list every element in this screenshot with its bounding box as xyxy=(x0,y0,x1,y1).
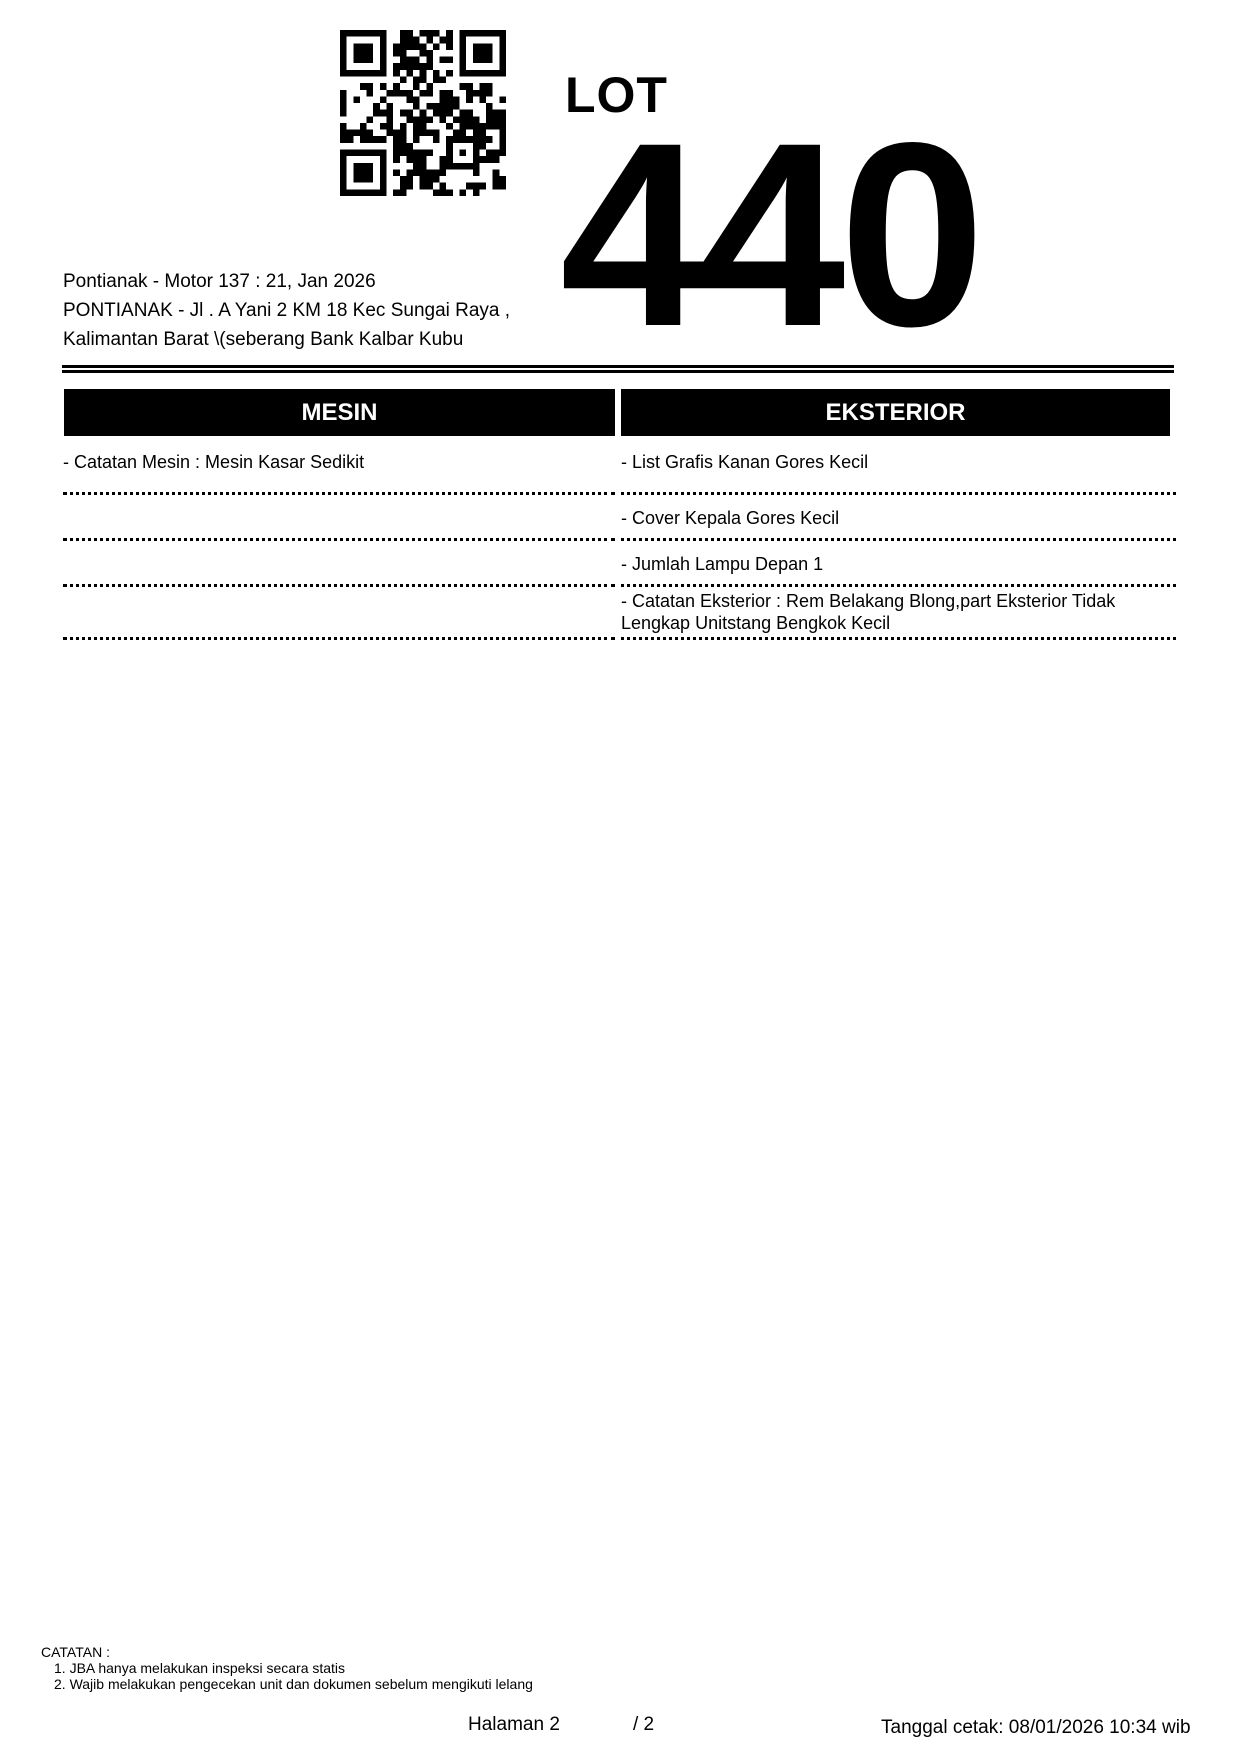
note-item: 1. JBA hanya melakukan inspeksi secara s… xyxy=(54,1660,533,1676)
lot-number: 440 xyxy=(560,104,979,366)
note-item: 2. Wajib melakukan pengecekan unit dan d… xyxy=(54,1676,533,1692)
page-total: / 2 xyxy=(633,1714,654,1736)
list-item: - Jumlah Lampu Depan 1 xyxy=(621,541,1176,587)
list-item xyxy=(63,587,615,640)
page-number: Halaman 2 xyxy=(468,1714,560,1736)
auction-address-line2: Kalimantan Barat \(seberang Bank Kalbar … xyxy=(63,325,510,354)
qr-code-icon xyxy=(340,30,506,196)
section-mesin: MESIN - Catatan Mesin : Mesin Kasar Sedi… xyxy=(63,389,615,640)
list-item: - Cover Kepala Gores Kecil xyxy=(621,495,1176,541)
auction-title: Pontianak - Motor 137 : 21, Jan 2026 xyxy=(63,267,510,296)
header-divider-bottom xyxy=(62,370,1174,373)
notes-title: CATATAN : xyxy=(41,1644,533,1660)
section-eksterior: EKSTERIOR - List Grafis Kanan Gores Keci… xyxy=(621,389,1176,640)
auction-address-line1: PONTIANAK - Jl . A Yani 2 KM 18 Kec Sung… xyxy=(63,296,510,325)
print-date: Tanggal cetak: 08/01/2026 10:34 wib xyxy=(881,1717,1191,1739)
list-item xyxy=(63,495,615,541)
list-item xyxy=(63,541,615,587)
header-divider-top xyxy=(62,365,1174,368)
list-item: - List Grafis Kanan Gores Kecil xyxy=(621,436,1176,495)
header-info: Pontianak - Motor 137 : 21, Jan 2026 PON… xyxy=(63,267,510,354)
list-item: - Catatan Mesin : Mesin Kasar Sedikit xyxy=(63,436,615,495)
section-header-mesin: MESIN xyxy=(64,389,615,436)
section-header-eksterior: EKSTERIOR xyxy=(621,389,1170,436)
footer-notes: CATATAN : 1. JBA hanya melakukan inspeks… xyxy=(41,1644,533,1692)
list-item: - Catatan Eksterior : Rem Belakang Blong… xyxy=(621,587,1176,640)
